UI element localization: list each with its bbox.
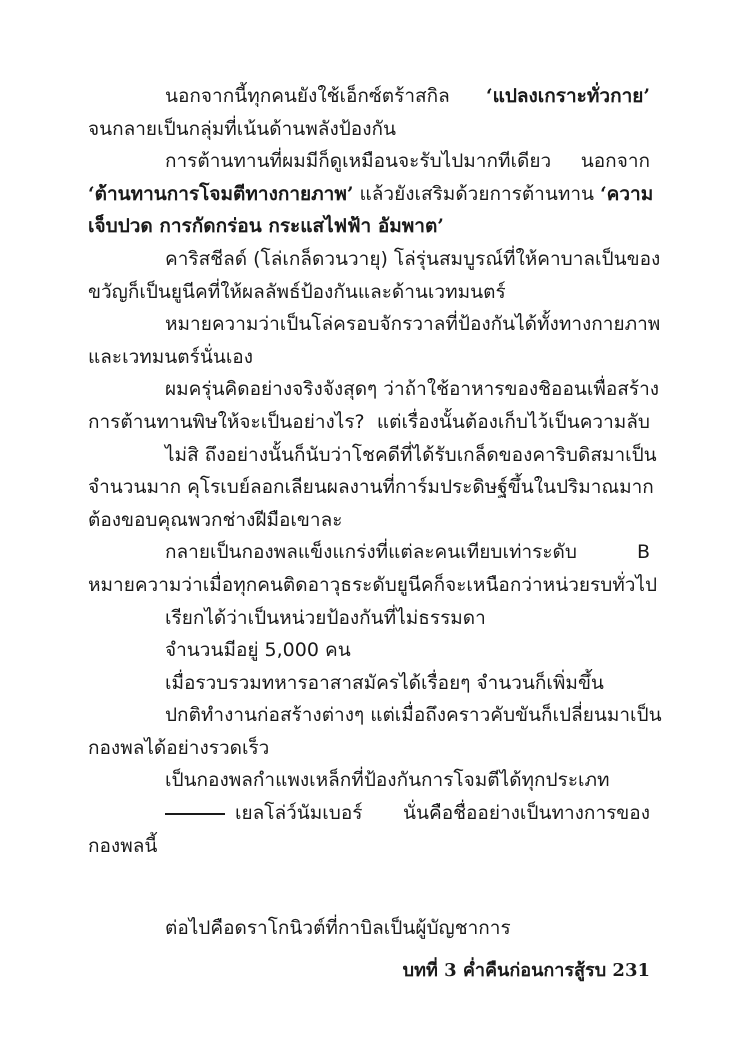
em-dash-rule (165, 813, 225, 815)
chapter-title: บทที่ 3 ค่ำคืนก่อนการสู้รบ (403, 960, 606, 981)
text-line: จำนวนมีอยู่ 5,000 คน (88, 634, 650, 667)
text-line: เยลโล่ว์นัมเบอร์ นั่นคือชื่ออย่างเป็นทาง… (88, 797, 650, 830)
text-line: ไม่สิ ถึงอย่างนั้นก็นับว่าโชคดีที่ได้รับ… (88, 439, 650, 472)
page-footer: บทที่ 3 ค่ำคืนก่อนการสู้รบ 231 (403, 955, 650, 984)
text-line: เจ็บปวด การกัดกร่อน กระแสไฟฟ้า อัมพาต’ (88, 210, 650, 243)
paragraph-gap (88, 862, 650, 912)
text-line: หมายความว่าเมื่อทุกคนติดอาวุธระดับยูนีคก… (88, 569, 650, 602)
text-line: การต้านทานที่ผมมีก็ดูเหมือนจะรับไปมากทีเ… (88, 145, 650, 178)
text-line: กลายเป็นกองพลแข็งแกร่งที่แต่ละคนเทียบเท่… (88, 536, 650, 569)
text-line: หมายความว่าเป็นโล่ครอบจักรวาลที่ป้องกันไ… (88, 308, 650, 341)
text-line: และเวทมนตร์นั่นเอง (88, 341, 650, 374)
text-line: เมื่อรวบรวมทหารอาสาสมัครได้เรื่อยๆ จำนวน… (88, 667, 650, 700)
text-line: เป็นกองพลกำแพงเหล็กที่ป้องกันการโจมตีได้… (88, 764, 650, 797)
text-line: คาริสชีลด์ (โล่เกล็ดวนวายุ) โล่รุ่นสมบูร… (88, 243, 650, 276)
text-line: ต่อไปคือดราโกนิวต์ที่กาบิลเป็นผู้บัญชากา… (88, 912, 650, 945)
text-line: ปกติทำงานก่อสร้างต่างๆ แต่เมื่อถึงคราวคั… (88, 699, 650, 732)
text-line: กองพลได้อย่างรวดเร็ว (88, 732, 650, 765)
page-number: 231 (612, 960, 650, 981)
text-line: ผมครุ่นคิดอย่างจริงจังสุดๆ ว่าถ้าใช้อาหา… (88, 373, 650, 406)
text-line: การต้านทานพิษให้จะเป็นอย่างไร? แต่เรื่อง… (88, 406, 650, 439)
text-line: ต้องขอบคุณพวกช่างฝีมือเขาละ (88, 504, 650, 537)
text-line: ขวัญก็เป็นยูนีคที่ให้ผลลัพธ์ป้องกันและด้… (88, 276, 650, 309)
text-line: จำนวนมาก คุโรเบย์ลอกเลียนผลงานที่การ์มปร… (88, 471, 650, 504)
text-line: ‘ต้านทานการโจมตีทางกายภาพ’ แล้วยังเสริมด… (88, 178, 650, 211)
book-page-body: นอกจากนี้ทุกคนยังใช้เอ็กซ์ตร้าสกิล ‘แปลง… (88, 80, 650, 945)
text-line: จนกลายเป็นกลุ่มที่เน้นด้านพลังป้องกัน (88, 113, 650, 146)
text-line: เรียกได้ว่าเป็นหน่วยป้องกันที่ไม่ธรรมดา (88, 602, 650, 635)
text-line: กองพลนี้ (88, 830, 650, 863)
text-line: นอกจากนี้ทุกคนยังใช้เอ็กซ์ตร้าสกิล ‘แปลง… (88, 80, 650, 113)
